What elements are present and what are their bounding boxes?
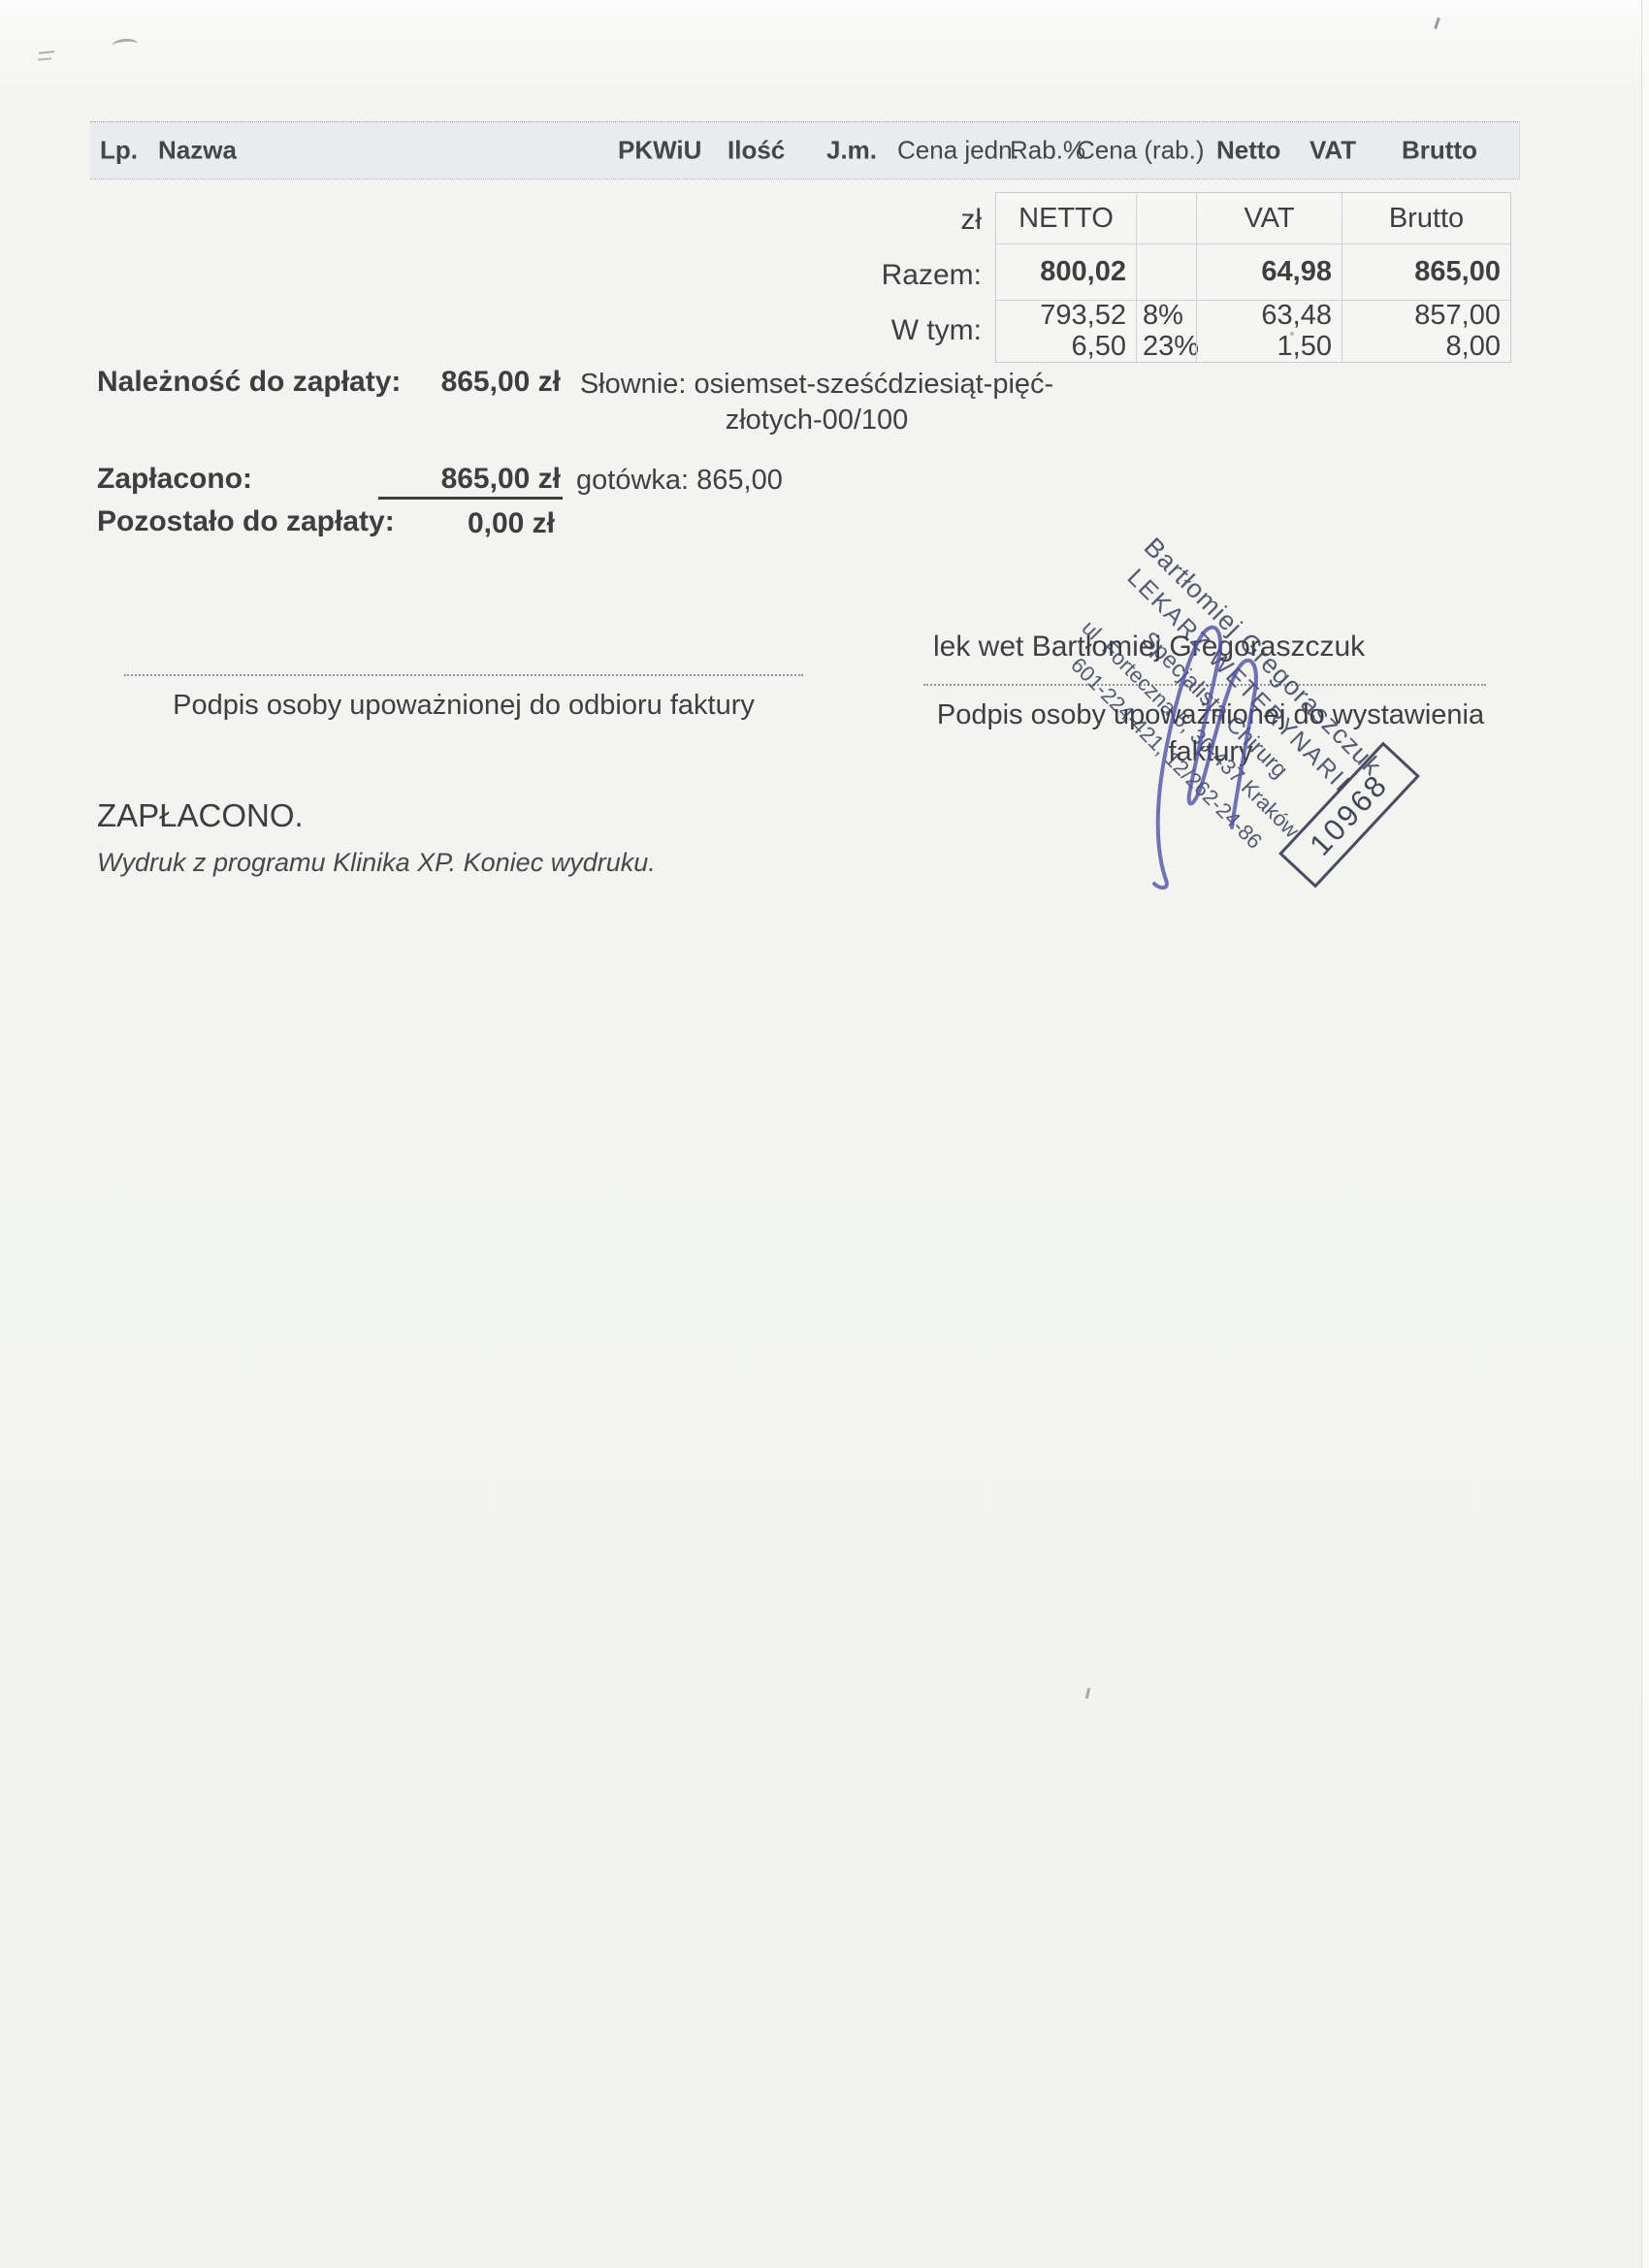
wtym-row-brutto: 857,00 xyxy=(1342,300,1510,331)
scan-artifact-dash xyxy=(39,50,54,54)
scan-artifact-squiggle xyxy=(113,38,139,51)
scan-artifact-speck xyxy=(1085,1688,1091,1699)
left-signature-caption: Podpis osoby upoważnionej do odbioru fak… xyxy=(124,687,803,724)
zaplacono-amount: 865,00 zł xyxy=(388,463,561,496)
totals-header-brutto: Brutto xyxy=(1342,193,1510,243)
razem-label: Razem: xyxy=(846,259,982,292)
payment-method: gotówka: 865,00 xyxy=(576,465,783,497)
wtym-label: W tym: xyxy=(846,314,982,347)
wtym-row-rate: 8% xyxy=(1136,300,1196,331)
wtym-row-rate: 23% xyxy=(1136,331,1196,362)
naleznosc-label: Należność do zapłaty: xyxy=(97,366,401,399)
amount-in-words: Słownie: osiemset-sześćdziesiąt-pięć-zło… xyxy=(574,367,1059,438)
wtym-row-vat: 1,50 xyxy=(1196,331,1342,362)
razem-brutto: 865,00 xyxy=(1342,243,1510,300)
scan-edge xyxy=(1641,0,1649,2268)
pozostalo-label: Pozostało do zapłaty: xyxy=(97,505,395,538)
col-netto: Netto xyxy=(1216,136,1280,166)
wtym-row-brutto: 8,00 xyxy=(1342,331,1510,362)
pozostalo-amount: 0,00 zł xyxy=(382,507,555,540)
left-signature-line xyxy=(124,674,803,676)
col-ilosc: Ilość xyxy=(727,136,785,166)
col-cena-jedn: Cena jedn. xyxy=(897,136,1019,166)
totals-table: NETTO VAT Brutto 800,02 64,98 865,00 793… xyxy=(995,192,1511,363)
sum-underline xyxy=(378,497,563,500)
col-nazwa: Nazwa xyxy=(158,136,237,166)
razem-rate xyxy=(1136,243,1196,300)
naleznosc-amount: 865,00 zł xyxy=(388,366,561,399)
totals-header-netto: NETTO xyxy=(996,193,1136,243)
col-brutto: Brutto xyxy=(1402,136,1477,166)
razem-netto: 800,02 xyxy=(996,243,1136,300)
wtym-row-netto: 793,52 xyxy=(996,300,1136,331)
zaplacono-label: Zapłacono: xyxy=(97,463,252,496)
paid-status: ZAPŁACONO. xyxy=(97,797,304,834)
col-cena-rab: Cena (rab.) xyxy=(1077,136,1205,166)
col-jm: J.m. xyxy=(826,136,877,166)
totals-header-rate xyxy=(1136,193,1196,243)
wtym-row-vat: 63,48 xyxy=(1196,300,1342,331)
col-vat: VAT xyxy=(1309,136,1356,166)
totals-header-vat: VAT xyxy=(1196,193,1342,243)
printout-note: Wydruk z programu Klinika XP. Koniec wyd… xyxy=(97,848,656,878)
col-rabat: Rab.% xyxy=(1010,136,1085,166)
items-table-header-bar: Lp. Nazwa PKWiU Ilość J.m. Cena jedn. Ra… xyxy=(90,121,1520,179)
handwritten-signature xyxy=(1057,577,1309,907)
wtym-row-netto: 6,50 xyxy=(996,331,1136,362)
scanned-invoice-page: Lp. Nazwa PKWiU Ilość J.m. Cena jedn. Ra… xyxy=(0,0,1649,2268)
currency-label: zł xyxy=(846,204,982,237)
col-pkwiu: PKWiU xyxy=(618,136,701,166)
scan-artifact-dash xyxy=(38,58,51,61)
scan-artifact-speck xyxy=(1434,17,1440,29)
razem-vat: 64,98 xyxy=(1196,243,1342,300)
col-lp: Lp. xyxy=(100,136,138,166)
